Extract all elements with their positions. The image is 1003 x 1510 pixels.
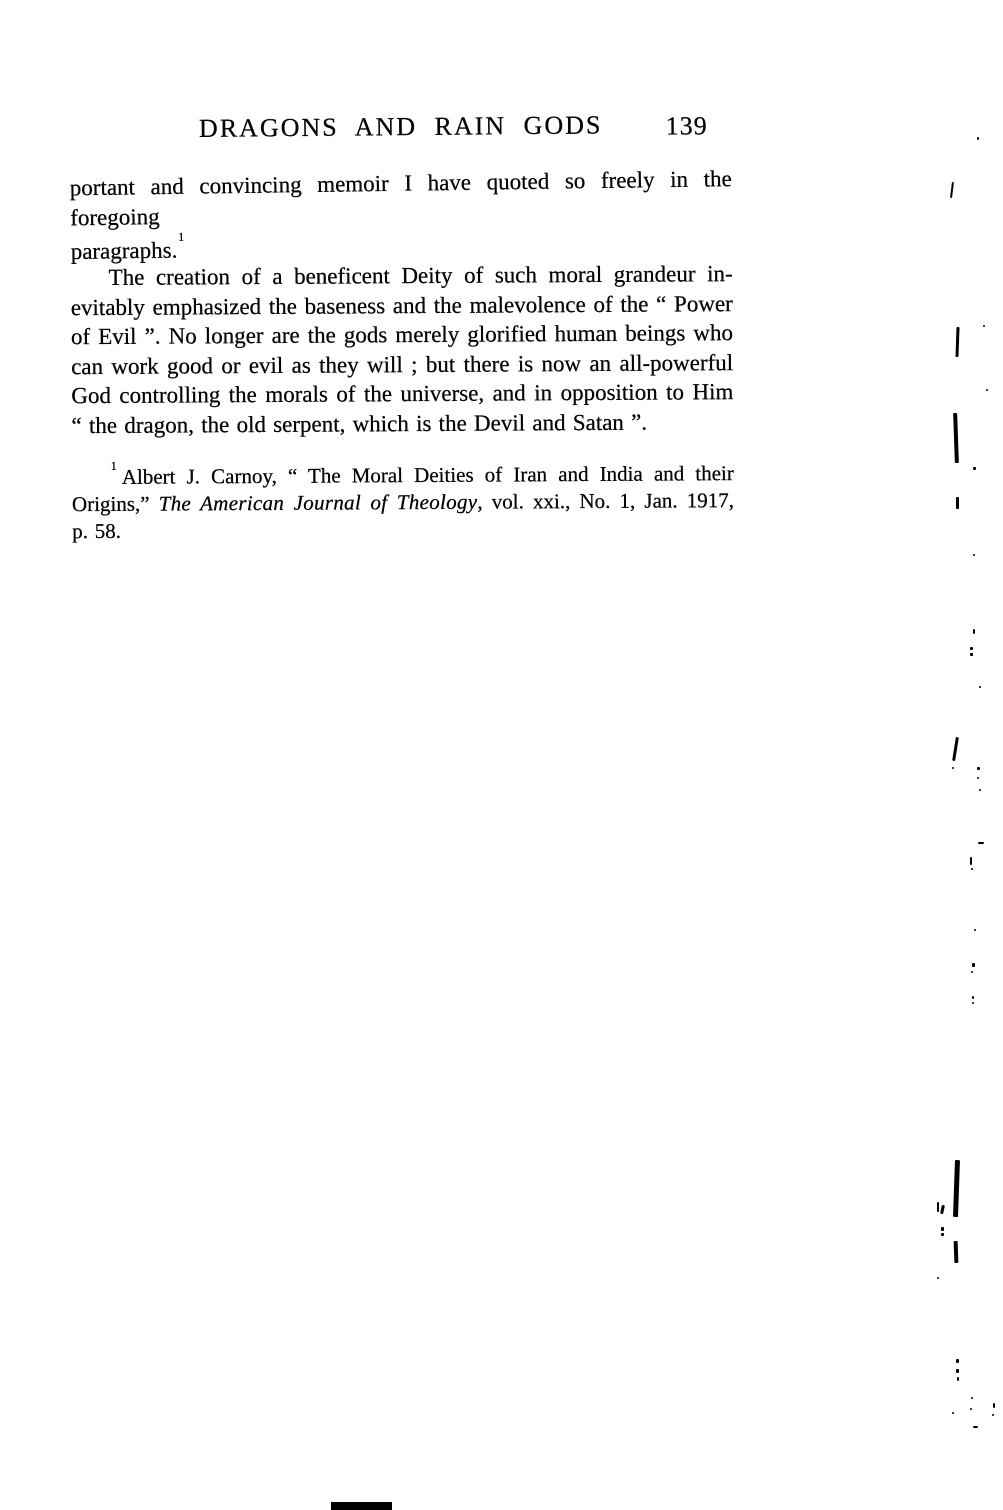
scan-speck [986,389,988,391]
scan-speck [953,413,959,463]
scan-speck [977,767,980,770]
scan-speck [977,137,979,140]
scan-speck [937,1277,939,1279]
scan-speck [955,327,959,357]
paragraph-continuation: portant and convincing memoir I have quo… [69,164,732,266]
scan-speck [941,1233,944,1236]
scan-speck [941,1227,944,1231]
text-line-word: paragraphs. [70,237,177,263]
scan-speck [973,629,975,634]
scan-speck [971,971,973,973]
scan-speck [972,1002,974,1004]
scan-speck [979,789,981,791]
scan-speck [983,325,985,327]
scan-speck [979,686,981,688]
scan-speck [954,1241,959,1263]
scan-artifact-bar [331,1502,392,1510]
footnote: 1Albert J. Carnoy, “ The Moral Deities o… [72,455,735,545]
page-header: DRAGONS AND RAIN GODS 139 [69,110,731,150]
text-line: “ the dragon, the old serpent, which is … [71,407,733,441]
scan-speck [978,842,984,844]
scan-speck [950,182,954,198]
text-line: can work good or evil as they will ; but… [71,348,733,382]
scan-speck [956,497,959,509]
scan-speck [992,1414,994,1416]
page-number: 139 [665,111,707,141]
scanned-book-page: DRAGONS AND RAIN GODS 139 portant and co… [0,0,1003,1510]
text-line: of Evil ”. No longer are the gods merely… [71,318,733,352]
paragraph-main: The creation of a beneficent Deity of su… [70,259,733,440]
scan-speck [952,767,954,769]
scan-speck [970,647,973,650]
scan-speck [973,554,975,556]
scan-speck [973,1426,978,1428]
scan-speck [956,1369,959,1373]
footnote-line: 1Albert J. Carnoy, “ The Moral Deities o… [72,455,734,491]
scan-speck [940,1205,945,1214]
footnote-line: Origins,” The American Journal of Theolo… [72,487,734,518]
scan-speck [952,1412,954,1414]
text-line: evitably emphasized the baseness and the… [71,289,733,323]
scan-speck [977,777,979,779]
scan-speck [952,737,959,761]
scan-speck [957,1377,959,1381]
footnote-text: Albert J. Carnoy, “ The Moral Deities of… [122,461,734,489]
scan-speck [953,1160,960,1217]
journal-title: The American Journal of Theology [158,490,477,516]
text-line: God controlling the morals of the univer… [71,377,733,411]
text-block: DRAGONS AND RAIN GODS 139 portant and co… [69,110,734,545]
scan-speck [937,1202,939,1212]
scan-speck [993,1403,995,1408]
footnote-text: Origins,” [72,492,159,517]
scan-speck [972,996,974,999]
footnote-line: p. 58. [72,514,734,545]
footnote-reference: 1 [178,230,184,244]
scan-speck [970,653,973,656]
scan-speck [971,1397,973,1399]
scan-speck [956,1359,959,1363]
scan-speck [971,868,973,870]
footnote-marker: 1 [111,459,117,473]
scan-speck [974,929,976,931]
scan-speck [970,1408,972,1410]
scan-speck [972,963,975,967]
scan-speck [973,467,976,470]
scan-speck [970,857,972,865]
running-title: DRAGONS AND RAIN GODS [199,110,603,144]
footnote-text: , vol. xxi., No. 1, Jan. 1917, [477,488,734,514]
text-line: portant and convincing memoir I have quo… [69,164,732,232]
